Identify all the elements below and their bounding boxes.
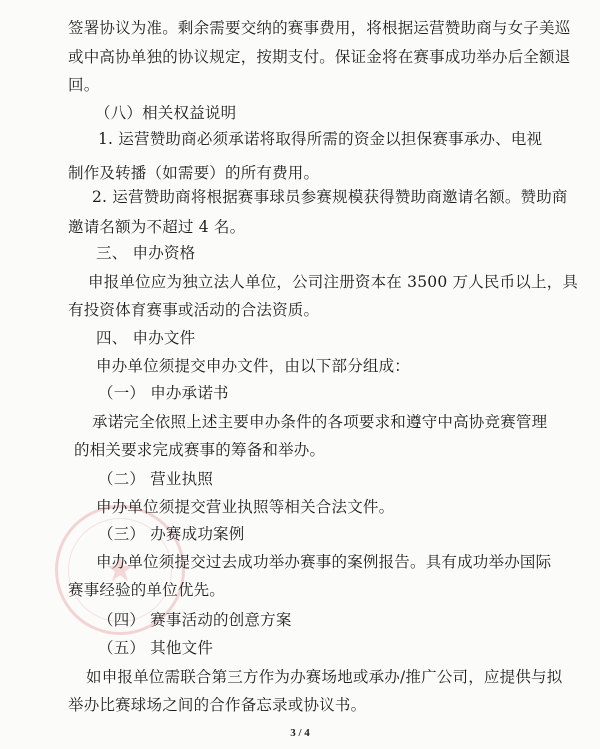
paragraph-line: 制作及转播（如需要）的所有费用。 <box>68 163 319 183</box>
paragraph-line: 申办单位须提交营业执照等相关合法文件。 <box>96 497 394 517</box>
list-item: 2. 运营赞助商将根据赛事球员参赛规模获得赞助商邀请名额。赞助商 <box>92 187 568 207</box>
paragraph-line: 签署协议为准。剩余需要交纳的赛事费用，将根据运营赞助商与女子美巡 <box>68 18 570 38</box>
section-heading: 四、 申办文件 <box>96 328 195 348</box>
paragraph-line: 赛事经验的单位优先。 <box>68 580 225 600</box>
paragraph-line: 申办单位须提交过去成功举办赛事的案例报告。具有成功举办国际 <box>96 552 551 572</box>
paragraph-line: 邀请名额为不超过 4 名。 <box>68 217 245 237</box>
subsection-heading: （五） 其他文件 <box>98 638 213 658</box>
paragraph-line: 的相关要求完成赛事的筹备和举办。 <box>74 440 325 460</box>
subsection-heading: （三） 办赛成功案例 <box>98 524 244 544</box>
subsection-heading: （一） 申办承诺书 <box>98 383 229 403</box>
paragraph-line: 回。 <box>68 75 99 95</box>
subsection-heading: （二） 营业执照 <box>98 469 213 489</box>
paragraph-line: 申办单位须提交申办文件，由以下部分组成： <box>96 356 410 376</box>
list-item: 1. 运营赞助商必须承诺将取得所需的资金以担保赛事承办、电视 <box>98 129 542 149</box>
paragraph-line: 举办比赛球场之间的合作备忘录或协议书。 <box>68 695 366 715</box>
paragraph-line: 有投资体育赛事或活动的合法资质。 <box>68 300 319 320</box>
paragraph-line: 申报单位应为独立法人单位，公司注册资本在 3500 万人民币以上，具 <box>88 272 578 292</box>
paragraph-line: 或中高协单独的协议规定，按期支付。保证金将在赛事成功举办后全额退 <box>68 47 570 67</box>
section-heading: （八）相关权益说明 <box>95 103 236 123</box>
paragraph-line: 承诺完全依照上述主要申办条件的各项要求和遵守中高协竞赛管理 <box>92 412 547 432</box>
subsection-heading: （四） 赛事活动的创意方案 <box>98 610 292 630</box>
document-page: ★ 签署协议为准。剩余需要交纳的赛事费用，将根据运营赞助商与女子美巡 或中高协单… <box>0 0 600 749</box>
page-number: 3 / 4 <box>0 727 600 739</box>
paragraph-line: 如申报单位需联合第三方作为办赛场地或承办/推广公司，应提供与拟 <box>86 667 562 687</box>
section-heading: 三、 申办资格 <box>96 243 195 263</box>
